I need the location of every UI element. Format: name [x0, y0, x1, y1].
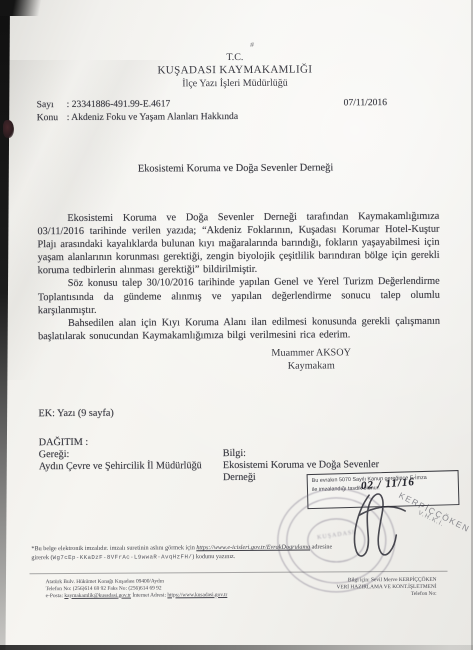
- body-paragraph-1: Ekosistemi Koruma ve Doğa Sevenler Derne…: [37, 210, 439, 278]
- letterhead-department: İlçe Yazı İşleri Müdürlüğü: [0, 76, 472, 92]
- footer-address-block: Atatürk Bulv. Hükümet Konağı Kuşadası 09…: [46, 578, 228, 599]
- eposta-label: e-Posta:: [46, 593, 65, 599]
- body-paragraph-2: Söz konusu talep 30/10/2016 tarihinde ya…: [38, 275, 440, 317]
- konu-label: Konu: [37, 112, 67, 125]
- internet-value: https://www.kusadasi.gov.tr: [167, 592, 227, 598]
- verification-url: https://www.e-icisleri.gov.tr/EvrakDogru…: [196, 544, 310, 552]
- footer-contact-phone: Telefon No:: [337, 590, 437, 597]
- note-prefix: *Bu belge elektronik imzalıdır. imzalı s…: [31, 544, 196, 552]
- geregi-value: Aydın Çevre ve Şehircilik İl Müdürlüğü: [39, 460, 202, 473]
- geregi-label: Gereği:: [39, 449, 70, 462]
- verification-note: *Bu belge elektronik imzalıdır. imzalı s…: [31, 543, 449, 563]
- note-suffix: adresine: [310, 543, 332, 550]
- document-date: 07/11/2016: [344, 97, 387, 110]
- footer-contact-block: Bilgi için: Sevil Merve KERPİÇÇÖKEN VERİ…: [336, 577, 436, 598]
- body-paragraph-3: Bahsedilen alan için Kıyı Koruma Alanı i…: [38, 315, 440, 344]
- sayi-line: Sayı: 23341886-491.99-E.4617: [37, 98, 171, 111]
- letter-content: # T.C. KUŞADASI KAYMAKAMLIĞI İlçe Yazı İ…: [0, 0, 473, 650]
- letter-body: Ekosistemi Koruma ve Doğa Sevenler Derne…: [37, 210, 440, 343]
- verification-code: Wg7cEp-KKaDzF-8VFrAc-L9wwaR-AvqHzFH/: [53, 553, 193, 561]
- smudge-mark: #: [250, 41, 255, 50]
- signatory-name: Muammer AKSOY: [222, 346, 400, 360]
- footer-eposta-line: e-Posta: kaymakamlik@kusadasi.gov.tr İnt…: [46, 592, 228, 600]
- note2-post: ) kodunu yazınız.: [192, 553, 235, 560]
- signature-block: Muammer AKSOY Kaymakam: [222, 346, 400, 373]
- addressee: Ekosistemi Koruma ve Doğa Sevenler Derne…: [0, 162, 472, 176]
- sayi-label: Sayı: [37, 99, 67, 112]
- konu-value: : Akdeniz Foku ve Yaşam Alanları Hakkınd…: [67, 110, 238, 122]
- signatory-title: Kaymakam: [222, 359, 400, 373]
- scanned-document-page: # T.C. KUŞADASI KAYMAKAMLIĞI İlçe Yazı İ…: [0, 0, 473, 650]
- attachment-line: EK: Yazı (9 sayfa): [39, 408, 114, 419]
- eposta-value: kaymakamlik@kusadasi.gov.tr: [64, 592, 131, 598]
- konu-line: Konu: Akdeniz Foku ve Yaşam Alanları Hak…: [37, 110, 238, 124]
- bilgi-value-line1: Ekosistemi Koruma ve Doğa Sevenler: [223, 459, 379, 472]
- sayi-value: : 23341886-491.99-E.4617: [67, 98, 171, 110]
- bilgi-value-line2: Derneği: [223, 472, 256, 485]
- distribution-title: DAĞITIM :: [39, 437, 89, 450]
- note2-pre: girerek (: [31, 554, 52, 561]
- internet-label: İnternet Adresi:: [131, 592, 167, 598]
- letterhead: T.C. KUŞADASI KAYMAKAMLIĞI İlçe Yazı İşl…: [0, 50, 472, 92]
- bilgi-label: Bilgi:: [223, 448, 246, 461]
